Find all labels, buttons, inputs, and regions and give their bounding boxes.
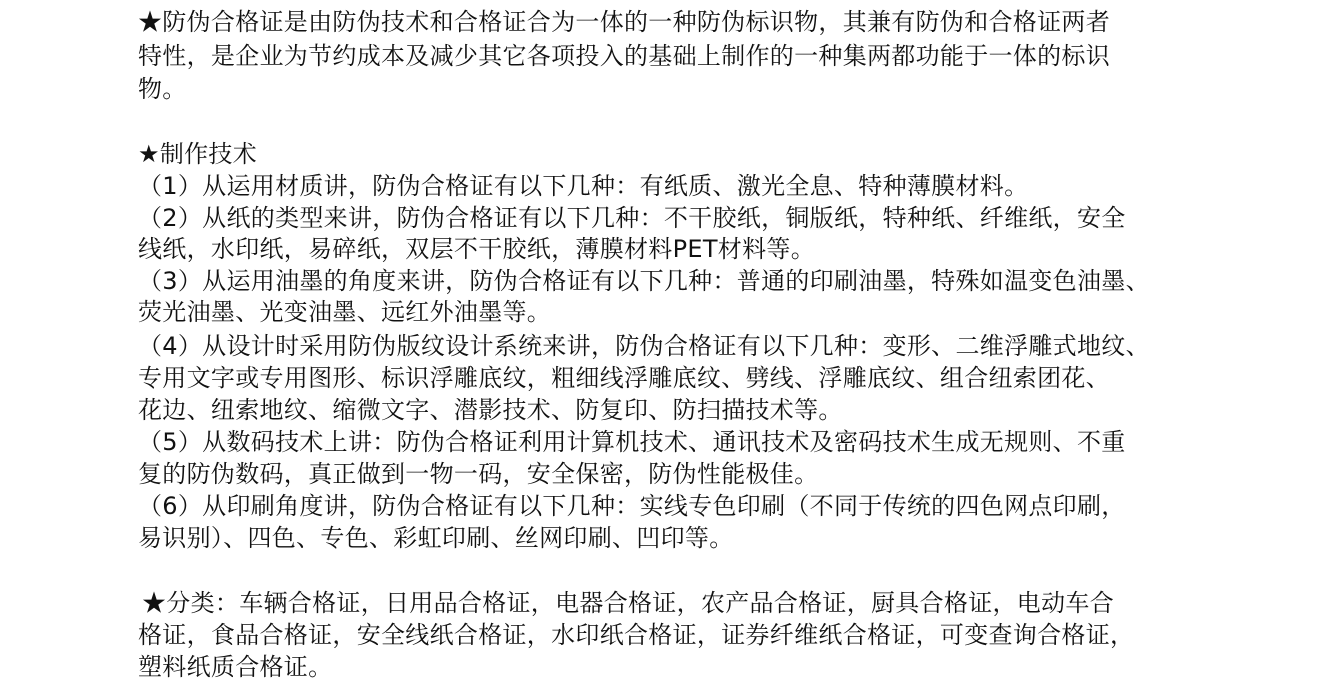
technique-item-4: （4）从设计时采用防伪版纹设计系统来讲，防伪合格证有以下几种：变形、二维浮雕式地… [138, 331, 1150, 361]
technique-item-3: （3）从运用油墨的角度来讲，防伪合格证有以下几种：普通的印刷油墨，特殊如温变色油… [138, 266, 1150, 296]
technique-item-2: （2）从纸的类型来讲，防伪合格证有以下几种：不干胶纸，铜版纸，特种纸、纤维纸，安… [138, 203, 1126, 233]
intro-line-2: 特性，是企业为节约成本及减少其它各项投入的基础上制作的一种集两都功能于一体的标识 [138, 41, 1110, 71]
classification-line-1: ★分类：车辆合格证，日用品合格证，电器合格证，农产品合格证，厨具合格证，电动车合 [142, 588, 1114, 618]
technique-item-4-cont-2: 花边、纽索地纹、缩微文字、潜影技术、防复印、防扫描技术等。 [138, 395, 843, 425]
intro-line-1: ★防伪合格证是由防伪技术和合格证合为一体的一种防伪标识物，其兼有防伪和合格证两者 [138, 7, 1110, 37]
technique-item-1: （1）从运用材质讲，防伪合格证有以下几种：有纸质、激光全息、特种薄膜材料。 [138, 171, 1028, 201]
classification-line-2: 格证，食品合格证，安全线纸合格证，水印纸合格证，证券纤维纸合格证，可变查询合格证… [138, 620, 1134, 650]
technique-item-5: （5）从数码技术上讲：防伪合格证利用计算机技术、通讯技术及密码技术生成无规则、不… [138, 427, 1126, 457]
technique-item-6: （6）从印刷角度讲，防伪合格证有以下几种：实线专色印刷（不同于传统的四色网点印刷… [138, 491, 1126, 521]
technique-item-4-cont-1: 专用文字或专用图形、标识浮雕底纹，粗细线浮雕底纹、劈线、浮雕底纹、组合纽索团花、 [138, 363, 1110, 393]
technique-item-3-cont: 荧光油墨、光变油墨、远红外油墨等。 [138, 297, 551, 327]
technique-item-6-cont: 易识别）、四色、专色、彩虹印刷、丝网印刷、凹印等。 [138, 523, 734, 553]
technique-item-5-cont: 复的防伪数码，真正做到一物一码，安全保密，防伪性能极佳。 [138, 459, 818, 489]
intro-line-3: 物。 [138, 74, 187, 104]
document-page: ★防伪合格证是由防伪技术和合格证合为一体的一种防伪标识物，其兼有防伪和合格证两者… [0, 0, 1322, 688]
technique-item-2-cont: 线纸，水印纸，易碎纸，双层不干胶纸，薄膜材料PET材料等。 [138, 234, 815, 264]
techniques-heading: ★制作技术 [138, 139, 257, 169]
classification-line-3: 塑料纸质合格证。 [138, 652, 332, 682]
